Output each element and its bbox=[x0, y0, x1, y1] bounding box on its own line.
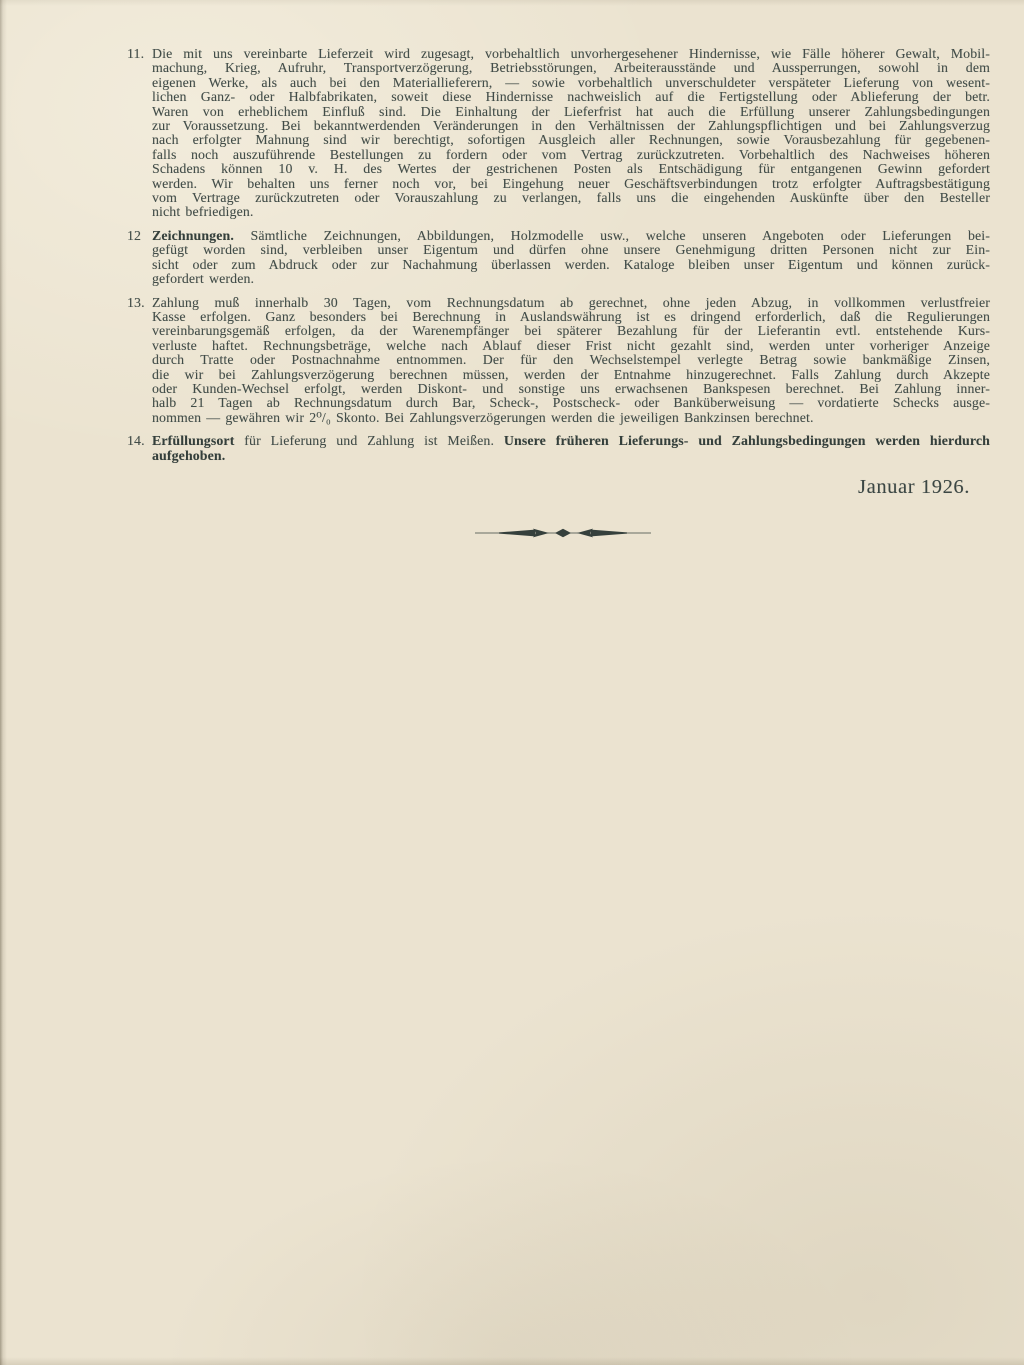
text-line: vom Vertrage zurückzutreten oder Vorausz… bbox=[152, 191, 990, 205]
text-line: Kasse erfolgen. Ganz besonders bei Berec… bbox=[152, 310, 990, 324]
item-text: Zahlung muß innerhalb 30 Tagen, vom Rech… bbox=[152, 296, 990, 426]
text-line: werden. Wir behalten uns ferner noch vor… bbox=[152, 177, 990, 191]
text-line: Zahlung muß innerhalb 30 Tagen, vom Rech… bbox=[152, 296, 990, 310]
text-line: machung, Krieg, Aufruhr, Transportverzög… bbox=[152, 61, 990, 75]
text-line: nommen — gewähren wir 2⁰/₀ Skonto. Bei Z… bbox=[152, 411, 990, 425]
text-line: Waren von erheblichem Einfluß sind. Die … bbox=[152, 105, 990, 119]
text-line: gefügt worden sind, verbleiben unser Eig… bbox=[152, 243, 990, 257]
text-line: falls noch auszuführende Bestellungen zu… bbox=[152, 148, 990, 162]
terms-list: 11.Die mit uns vereinbarte Lieferzeit wi… bbox=[127, 47, 990, 463]
item-text: Erfüllungsort für Lieferung und Zahlung … bbox=[152, 434, 990, 463]
date-label: Januar 1926. bbox=[858, 476, 970, 499]
term-item: 14.Erfüllungsort für Lieferung und Zahlu… bbox=[127, 434, 990, 463]
text-line: eigenen Werke, als auch bei den Material… bbox=[152, 76, 990, 90]
text-line: verluste haftet. Rechnungsbeträge, welch… bbox=[152, 339, 990, 353]
text-line: durch Tratte oder Postnachnahme entnomme… bbox=[152, 353, 990, 367]
text-line: nicht befriedigen. bbox=[152, 205, 990, 219]
text-line: zur Voraussetzung. Bei bekanntwerdenden … bbox=[152, 119, 990, 133]
term-item: 12Zeichnungen. Sämtliche Zeichnungen, Ab… bbox=[127, 229, 990, 287]
text-line: lichen Ganz- oder Halbfabrikaten, soweit… bbox=[152, 90, 990, 104]
text-line: Die mit uns vereinbarte Lieferzeit wird … bbox=[152, 47, 990, 61]
document-page: 11.Die mit uns vereinbarte Lieferzeit wi… bbox=[0, 0, 1024, 1365]
terms-and-conditions: 11.Die mit uns vereinbarte Lieferzeit wi… bbox=[127, 47, 990, 472]
text-line: Schadens können 10 v. H. des Wertes der … bbox=[152, 162, 990, 176]
item-number: 12 bbox=[127, 229, 152, 287]
item-number: 13. bbox=[127, 296, 152, 426]
item-number: 14. bbox=[127, 434, 152, 463]
text-line: Zeichnungen. Sämtliche Zeichnungen, Abbi… bbox=[152, 229, 990, 243]
item-text: Die mit uns vereinbarte Lieferzeit wird … bbox=[152, 47, 990, 220]
text-line: Erfüllungsort für Lieferung und Zahlung … bbox=[152, 434, 990, 448]
item-text: Zeichnungen. Sämtliche Zeichnungen, Abbi… bbox=[152, 229, 990, 287]
text-line: sicht oder zum Abdruck oder zur Nachahmu… bbox=[152, 258, 990, 272]
text-line: nach erfolgter Mahnung sind wir berechti… bbox=[152, 133, 990, 147]
term-item: 13.Zahlung muß innerhalb 30 Tagen, vom R… bbox=[127, 296, 990, 426]
text-line: die wir bei Zahlungsverzögerung berechne… bbox=[152, 368, 990, 382]
text-line: halb 21 Tagen ab Rechnungsdatum durch Ba… bbox=[152, 396, 990, 410]
text-line: aufgehoben. bbox=[152, 449, 990, 463]
item-number: 11. bbox=[127, 47, 152, 220]
divider-ornament-icon bbox=[475, 524, 651, 542]
text-line: vereinbarungsgemäß erfolgen, da der Ware… bbox=[152, 324, 990, 338]
text-line: gefordert werden. bbox=[152, 272, 990, 286]
text-line: oder Kunden-Wechsel erfolgt, werden Disk… bbox=[152, 382, 990, 396]
term-item: 11.Die mit uns vereinbarte Lieferzeit wi… bbox=[127, 47, 990, 220]
